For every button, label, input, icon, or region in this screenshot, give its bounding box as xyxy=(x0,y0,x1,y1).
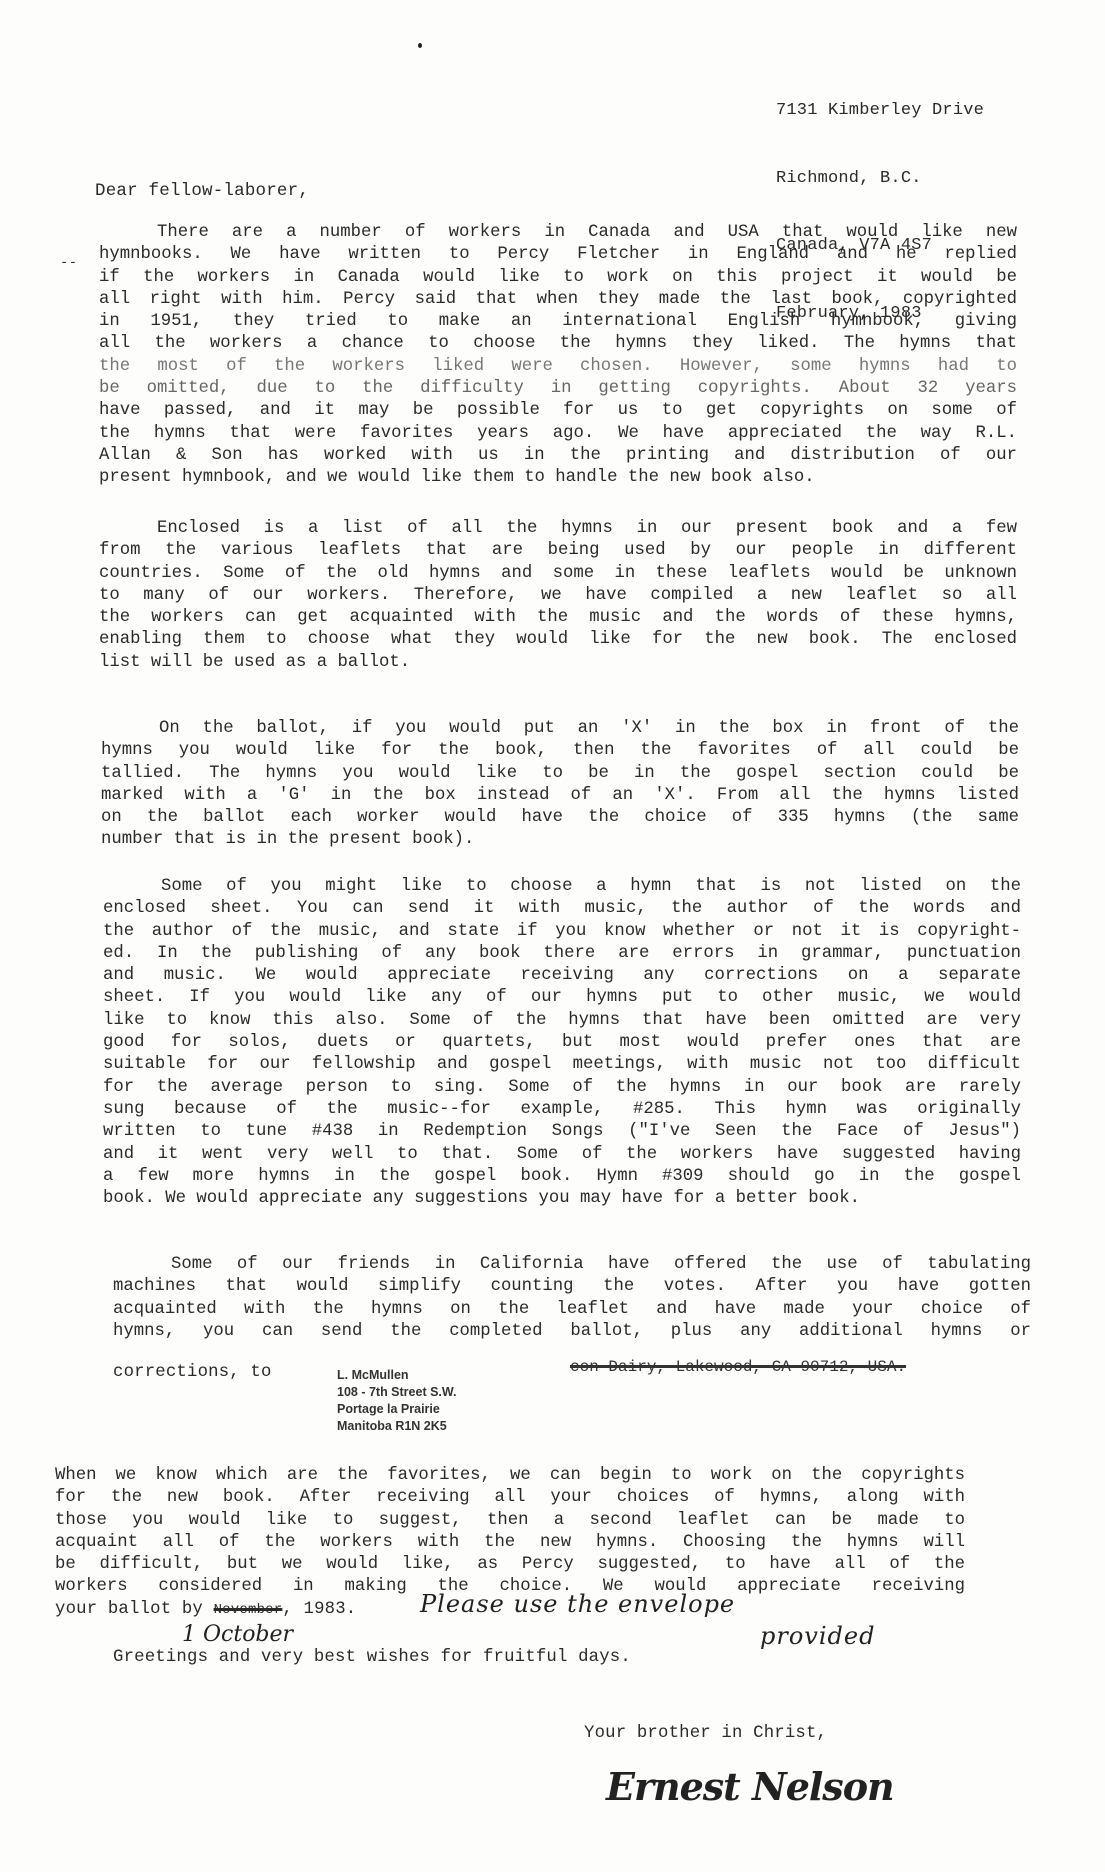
handwritten-note: Please use the envelope xyxy=(420,1590,735,1618)
text-line: hymns, you can send the completed ballot… xyxy=(113,1321,1031,1343)
paragraph-3: On the ballot, if you would put an 'X' i… xyxy=(101,718,1019,852)
text-line: Some of our friends in California have o… xyxy=(113,1254,1031,1276)
text-line: Allan & Son has worked with us in the pr… xyxy=(99,445,1017,467)
text-line: On the ballot, if you would put an 'X' i… xyxy=(101,718,1019,740)
text-line: suitable for our fellowship and gospel m… xyxy=(103,1054,1021,1076)
deadline-struck: November xyxy=(214,1602,283,1618)
text-line: be difficult, but we would like, as Perc… xyxy=(55,1554,965,1576)
text-line: acquainted with the hymns on the leaflet… xyxy=(113,1299,1031,1321)
text-line: written to tune #438 in Redemption Songs… xyxy=(103,1121,1021,1143)
text-line: on the ballot each worker would have the… xyxy=(101,807,1019,829)
paragraph-4: Some of you might like to choose a hymn … xyxy=(103,876,1021,1210)
text-line: present hymnbook, and we would like them… xyxy=(99,467,1017,489)
text-line: number that is in the present book). xyxy=(101,829,1019,851)
deadline-line: your ballot by November, 1983. xyxy=(55,1599,356,1621)
text-line: acquaint all of the workers with the new… xyxy=(55,1532,965,1554)
text-line: marked with a 'G' in the box instead of … xyxy=(101,785,1019,807)
text-line: ed. In the publishing of any book there … xyxy=(103,943,1021,965)
text-line: corrections, to xyxy=(113,1362,272,1384)
valediction: Your brother in Christ, xyxy=(584,1723,827,1745)
signature: Ernest Nelson xyxy=(606,1764,894,1809)
text-line: those you would like to suggest, then a … xyxy=(55,1510,965,1532)
speck-mark xyxy=(418,43,422,48)
text-line: for the average person to sing. Some of … xyxy=(103,1077,1021,1099)
paragraph-5: Some of our friends in California have o… xyxy=(113,1254,1031,1343)
text-line: machines that would simplify counting th… xyxy=(113,1276,1031,1298)
text-line: have passed, and it may be possible for … xyxy=(99,400,1017,422)
address-line: Manitoba R1N 2K5 xyxy=(337,1418,456,1435)
text-line: There are a number of workers in Canada … xyxy=(99,222,1017,244)
text-line: from the various leaflets that are being… xyxy=(99,540,1017,562)
address-line: Richmond, B.C. xyxy=(776,168,984,191)
pasted-address-label: L. McMullen 108 - 7th Street S.W. Portag… xyxy=(337,1367,456,1435)
text-line: sheet. If you would like any of our hymn… xyxy=(103,987,1021,1009)
text-line: and music. We would appreciate receiving… xyxy=(103,965,1021,987)
text-line: Enclosed is a list of all the hymns in o… xyxy=(99,518,1017,540)
text-line: Some of you might like to choose a hymn … xyxy=(103,876,1021,898)
handwritten-note-2: provided xyxy=(760,1622,875,1650)
text-line: sung because of the music--for example, … xyxy=(103,1099,1021,1121)
text-line: if the workers in Canada would like to w… xyxy=(99,267,1017,289)
address-line: Portage la Prairie xyxy=(337,1401,456,1418)
text-line: When we know which are the favorites, we… xyxy=(55,1465,965,1487)
text-line: tallied. The hymns you would like to be … xyxy=(101,763,1019,785)
text-line: the workers can get acquainted with the … xyxy=(99,607,1017,629)
paragraph-6: When we know which are the favorites, we… xyxy=(55,1465,965,1599)
text-line: book. We would appreciate any suggestion… xyxy=(103,1188,1021,1210)
address-line: 7131 Kimberley Drive xyxy=(776,100,984,123)
text-line: a few more hymns in the gospel book. Hym… xyxy=(103,1166,1021,1188)
text-line: countries. Some of the old hymns and som… xyxy=(99,563,1017,585)
text-line: list will be used as a ballot. xyxy=(99,652,1017,674)
deadline-suffix: , 1983. xyxy=(282,1600,356,1619)
salutation: Dear fellow-laborer, xyxy=(95,180,309,202)
address-line: L. McMullen xyxy=(337,1367,456,1384)
text-line: and it went very well to that. Some of t… xyxy=(103,1144,1021,1166)
text-line: enabling them to choose what they would … xyxy=(99,629,1017,651)
address-line: 108 - 7th Street S.W. xyxy=(337,1384,456,1401)
closing-line: Greetings and very best wishes for fruit… xyxy=(113,1647,631,1669)
text-line: be omitted, due to the difficulty in get… xyxy=(99,378,1017,400)
text-line: enclosed sheet. You can send it with mus… xyxy=(103,898,1021,920)
deadline-prefix: your ballot by xyxy=(55,1600,214,1619)
text-line: to many of our workers. Therefore, we ha… xyxy=(99,585,1017,607)
text-line: hymnbooks. We have written to Percy Flet… xyxy=(99,244,1017,266)
text-line: hymns you would like for the book, then … xyxy=(101,740,1019,762)
struck-out-address: con Dairy, Lakewood, CA 90712, USA. xyxy=(570,1358,906,1376)
text-line: for the new book. After receiving all yo… xyxy=(55,1487,965,1509)
text-line: all right with him. Percy said that when… xyxy=(99,289,1017,311)
text-line: like to know this also. Some of the hymn… xyxy=(103,1010,1021,1032)
text-line: the most of the workers liked were chose… xyxy=(99,356,1017,378)
margin-mark: -- xyxy=(60,252,77,274)
text-line: the hymns that were favorites years ago.… xyxy=(99,423,1017,445)
paragraph-1: There are a number of workers in Canada … xyxy=(99,222,1017,490)
handwritten-date: 1 October xyxy=(182,1622,293,1647)
letter-page: 7131 Kimberley Drive Richmond, B.C. Cana… xyxy=(0,0,1105,1872)
text-line: in 1951, they tried to make an internati… xyxy=(99,311,1017,333)
text-line: good for solos, duets or quartets, but m… xyxy=(103,1032,1021,1054)
text-line: the author of the music, and state if yo… xyxy=(103,921,1021,943)
paragraph-2: Enclosed is a list of all the hymns in o… xyxy=(99,518,1017,674)
text-line: all the workers a chance to choose the h… xyxy=(99,333,1017,355)
